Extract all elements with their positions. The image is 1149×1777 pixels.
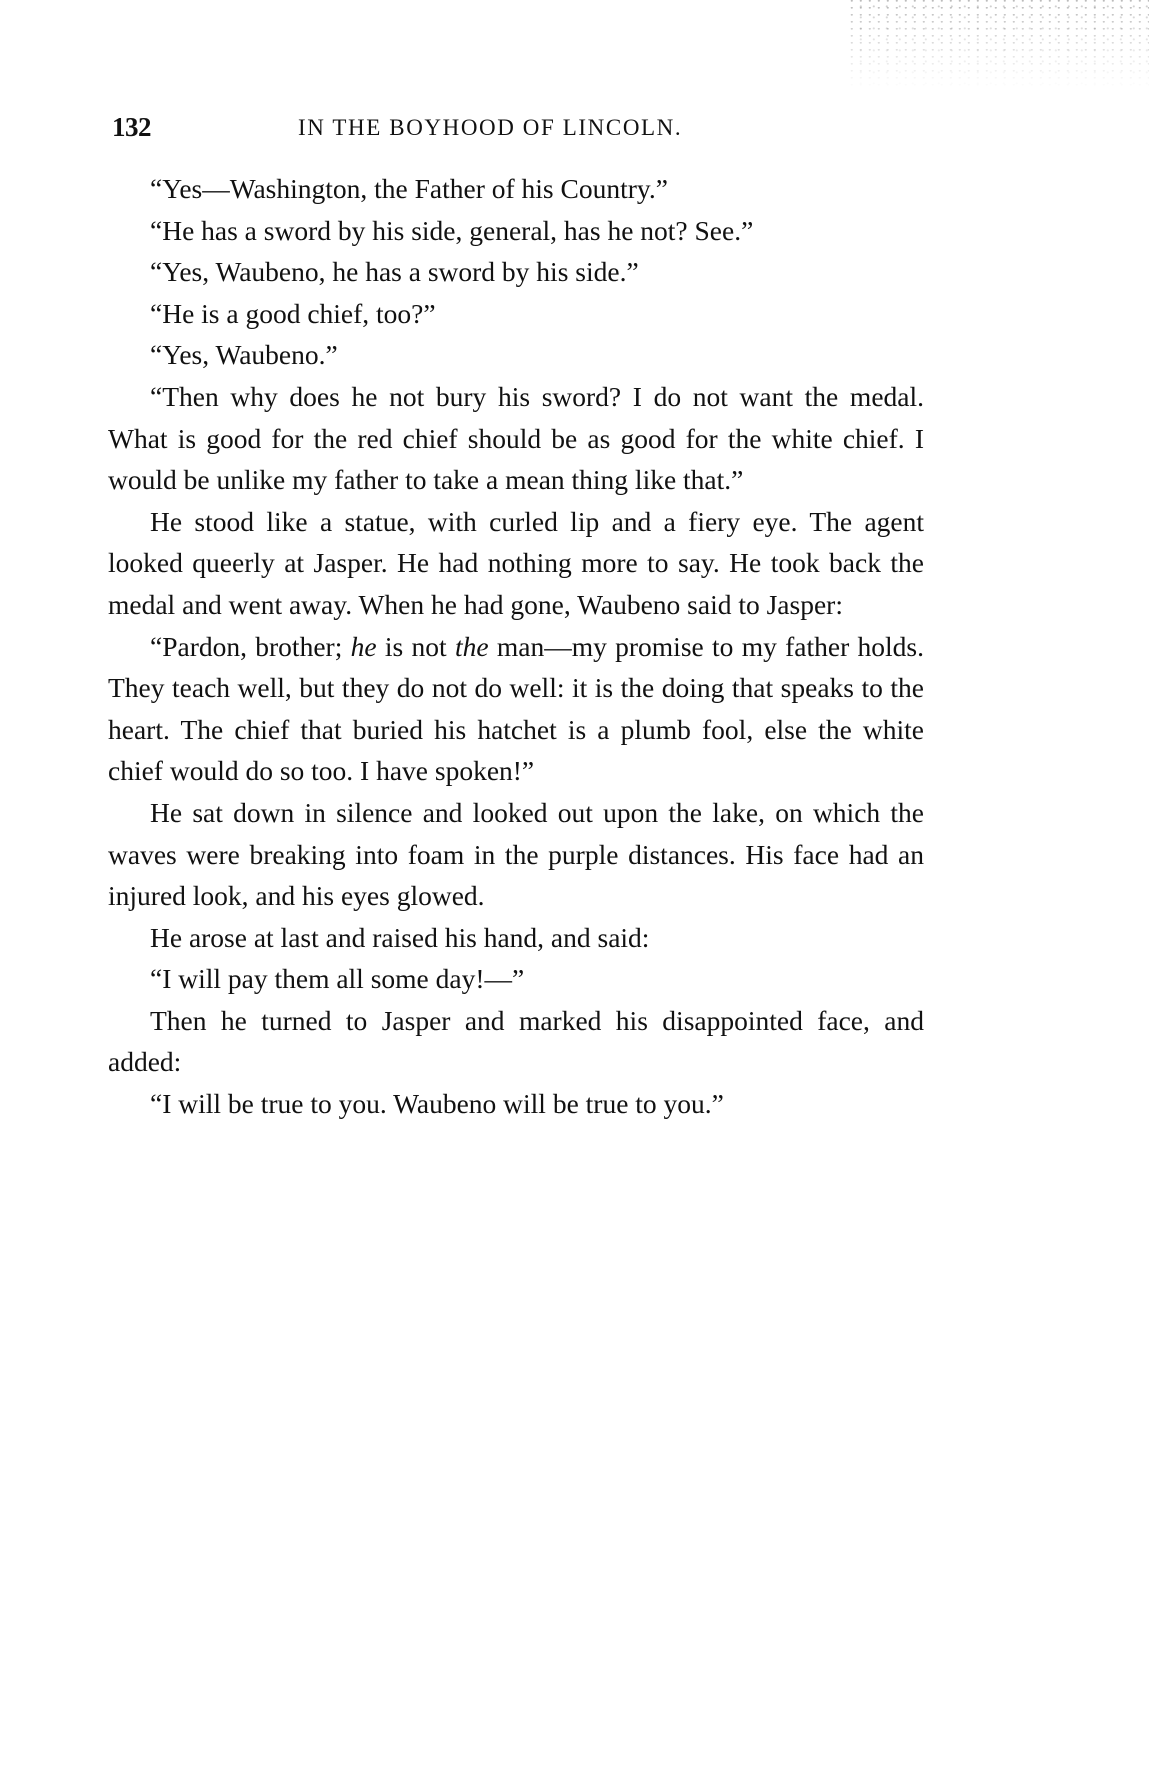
paragraph-12: Then he turned to Jasper and marked his …	[108, 1000, 924, 1083]
paragraph-13: “I will be true to you. Waubeno will be …	[108, 1083, 924, 1125]
paragraph-9: He sat down in silence and looked out up…	[108, 792, 924, 917]
paragraph-5: “Yes, Waubeno.”	[108, 334, 924, 376]
paragraph-2: “He has a sword by his side, general, ha…	[108, 210, 924, 252]
paragraph-8-italic-the: the	[455, 631, 489, 662]
paragraph-1: “Yes—Washington, the Father of his Count…	[108, 168, 924, 210]
paragraph-8-italic-he: he	[351, 631, 377, 662]
page-header: 132 IN THE BOYHOOD OF LINCOLN.	[112, 112, 928, 146]
paragraph-7: He stood like a statue, with curled lip …	[108, 501, 924, 626]
paragraph-8-part-3: is not	[377, 631, 455, 662]
paragraph-10: He arose at last and raised his hand, an…	[108, 917, 924, 959]
paragraph-3: “Yes, Waubeno, he has a sword by his sid…	[108, 251, 924, 293]
paragraph-8-part-1: “Pardon, brother;	[150, 631, 351, 662]
scan-speckle-artifact	[850, 0, 1149, 90]
running-head: IN THE BOYHOOD OF LINCOLN.	[298, 115, 682, 141]
page-number: 132	[112, 112, 151, 143]
paragraph-11: “I will pay them all some day!—”	[108, 958, 924, 1000]
paragraph-8: “Pardon, brother; he is not the man—my p…	[108, 626, 924, 792]
body-text: “Yes—Washington, the Father of his Count…	[108, 168, 924, 1125]
paragraph-6: “Then why does he not bury his sword? I …	[108, 376, 924, 501]
paragraph-4: “He is a good chief, too?”	[108, 293, 924, 335]
